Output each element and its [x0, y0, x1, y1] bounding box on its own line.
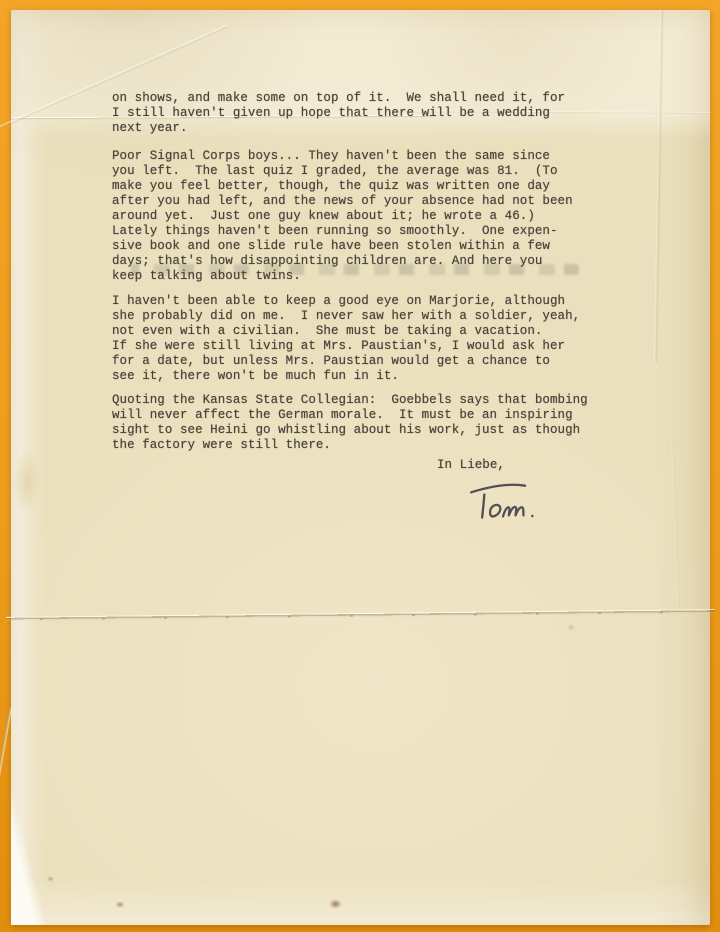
letter-closing: In Liebe,: [437, 458, 505, 473]
letter-paragraph-4: Quoting the Kansas State Collegian: Goeb…: [112, 393, 588, 453]
letter-paragraph-1: on shows, and make some on top of it. We…: [112, 91, 565, 136]
letter-paragraph-3: I haven't been able to keep a good eye o…: [112, 294, 580, 384]
wrinkle-right-lower: [671, 440, 680, 610]
stain-spot: [115, 901, 125, 908]
scanned-letter-photo: on shows, and make some on top of it. We…: [0, 0, 720, 932]
letter-page: on shows, and make some on top of it. We…: [11, 10, 710, 925]
fold-crease-middle: [6, 609, 715, 622]
stain-spot: [47, 876, 54, 882]
wrinkle-right: [654, 10, 664, 362]
stain-left-edge: [13, 450, 41, 514]
letter-paragraph-2: Poor Signal Corps boys... They haven't b…: [112, 149, 573, 284]
signature-tom-handwriting: [466, 478, 550, 522]
stain-spot: [329, 899, 342, 909]
backing-sheet-corner: [11, 778, 45, 925]
stain-spot: [567, 624, 575, 631]
